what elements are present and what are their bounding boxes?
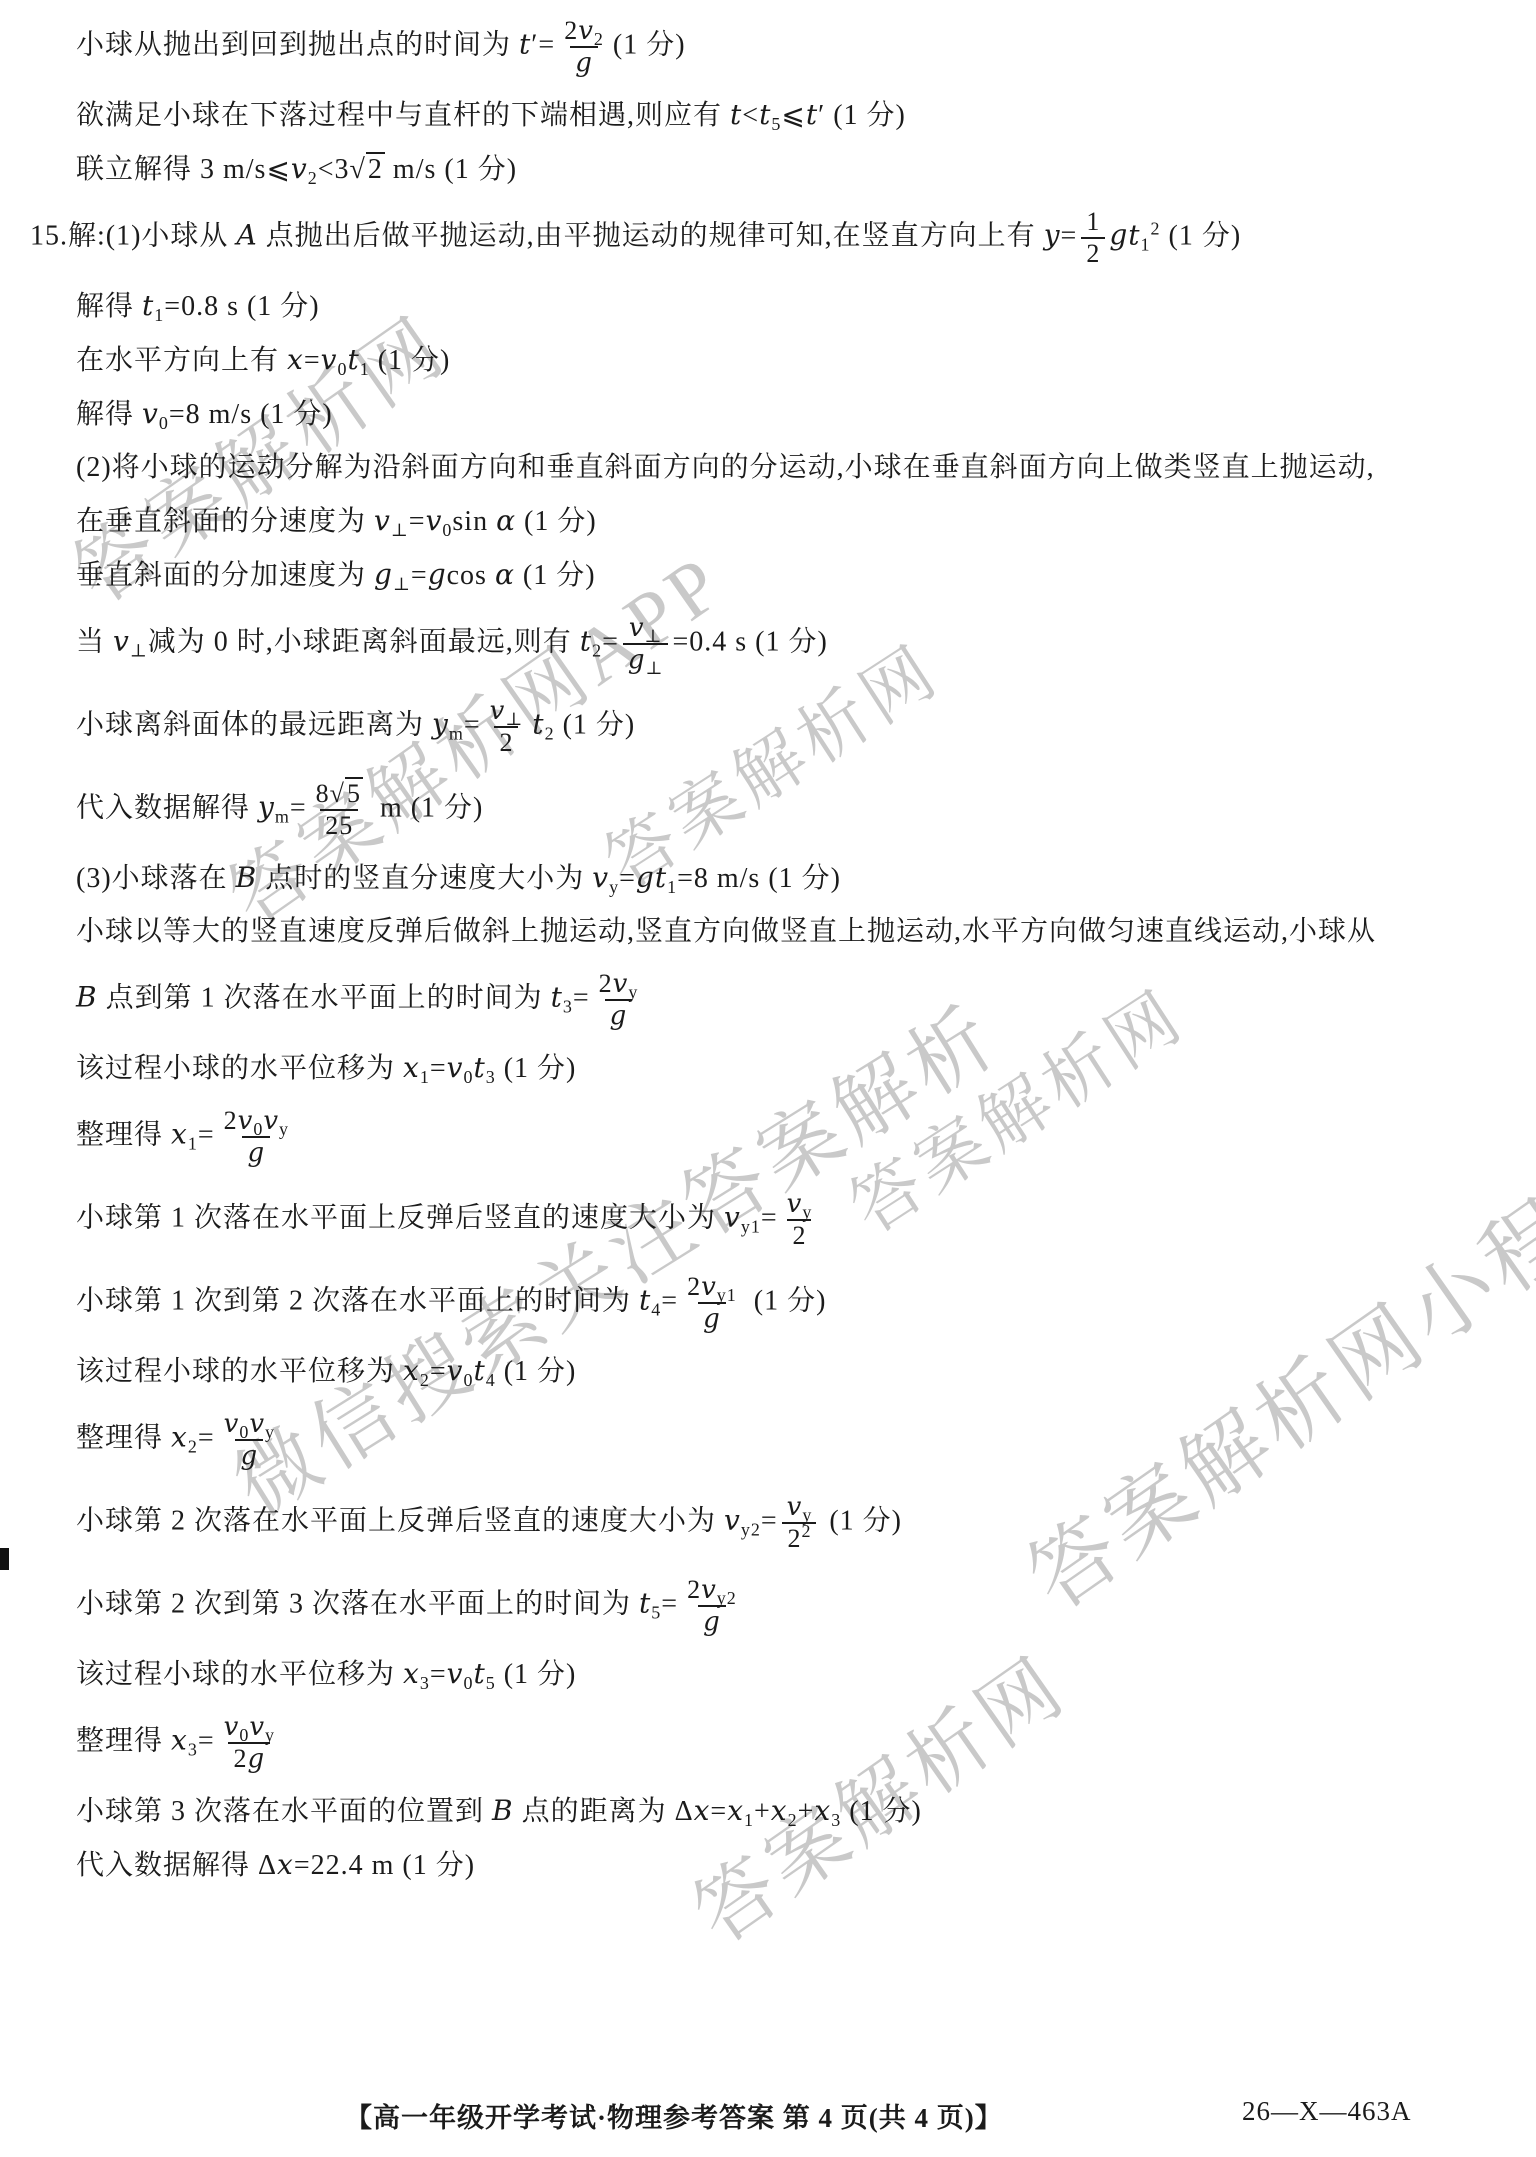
footer-exam-title: 【高一年级开学考试·物理参考答案 第 4 页(共 4 页)】 [345, 2096, 1003, 2135]
answer-line: 在水平方向上有 x=v0t1 (1 分) [76, 342, 1496, 379]
scan-artifact [0, 1548, 9, 1570]
footer-paper-code: 26—X—463A [1242, 2096, 1412, 2127]
answer-line: 欲满足小球在下落过程中与直杆的下端相遇,则应有 t<t5⩽t′ (1 分) [76, 97, 1496, 134]
answer-line: B 点到第 1 次落在水平面上的时间为 t3=2vyg [76, 967, 1496, 1033]
answer-lines: 小球从抛出到回到抛出点的时间为 t′=2v2g(1 分)欲满足小球在下落过程中与… [0, 0, 1536, 1884]
answer-line: (2)将小球的运动分解为沿斜面方向和垂直斜面方向的分运动,小球在垂直斜面方向上做… [76, 450, 1496, 486]
answer-line: 该过程小球的水平位移为 x2=v0t4 (1 分) [76, 1353, 1496, 1390]
answer-line: 小球第 2 次到第 3 次落在水平面上的时间为 t5=2vy2g [76, 1573, 1496, 1639]
answer-line: 垂直斜面的分加速度为 g⊥=gcos α (1 分) [76, 557, 1496, 594]
answer-line: 15.解:(1)小球从 A 点抛出后做平抛运动,由平抛运动的规律可知,在竖直方向… [30, 205, 1496, 271]
answer-line: 小球离斜面体的最远距离为 ym=v⊥2t2 (1 分) [76, 694, 1496, 760]
document-page: 答案解析网答案解析网APP答案解析网答案解析网微信搜索关注答案解析答案解析网小程… [0, 0, 1536, 2157]
answer-line: 小球第 2 次落在水平面上反弹后竖直的速度大小为 vy2=vy22 (1 分) [76, 1490, 1496, 1556]
answer-line: 代入数据解得 ym=8√525 m (1 分) [76, 777, 1496, 843]
answer-line: 小球以等大的竖直速度反弹后做斜上抛运动,竖直方向做竖直上抛运动,水平方向做匀速直… [76, 914, 1496, 950]
answer-line: 该过程小球的水平位移为 x3=v0t5 (1 分) [76, 1656, 1496, 1693]
answer-line: 整理得 x3=v0vy2g [76, 1710, 1496, 1776]
answer-line: (3)小球落在 B 点时的竖直分速度大小为 vy=gt1=8 m/s (1 分) [76, 860, 1496, 897]
answer-line: 在垂直斜面的分速度为 v⊥=v0sin α (1 分) [76, 503, 1496, 540]
answer-line: 整理得 x2=v0vyg [76, 1407, 1496, 1473]
answer-line: 当 v⊥减为 0 时,小球距离斜面最远,则有 t2=v⊥g⊥=0.4 s (1 … [76, 611, 1496, 677]
answer-line: 该过程小球的水平位移为 x1=v0t3 (1 分) [76, 1050, 1496, 1087]
answer-line: 小球第 3 次落在水平面的位置到 B 点的距离为 Δx=x1+x2+x3 (1 … [76, 1793, 1496, 1830]
answer-line: 代入数据解得 Δx=22.4 m (1 分) [76, 1847, 1496, 1884]
answer-line: 小球第 1 次落在水平面上反弹后竖直的速度大小为 vy1=vy2 [76, 1187, 1496, 1253]
answer-line: 小球从抛出到回到抛出点的时间为 t′=2v2g(1 分) [76, 14, 1496, 80]
answer-line: 小球第 1 次到第 2 次落在水平面上的时间为 t4=2vy1g (1 分) [76, 1270, 1496, 1336]
answer-line: 联立解得 3 m/s⩽v2<3√2 m/s (1 分) [76, 151, 1496, 188]
answer-line: 解得 t1=0.8 s (1 分) [76, 288, 1496, 325]
answer-line: 整理得 x1=2v0vyg [76, 1104, 1496, 1170]
answer-line: 解得 v0=8 m/s (1 分) [76, 396, 1496, 433]
